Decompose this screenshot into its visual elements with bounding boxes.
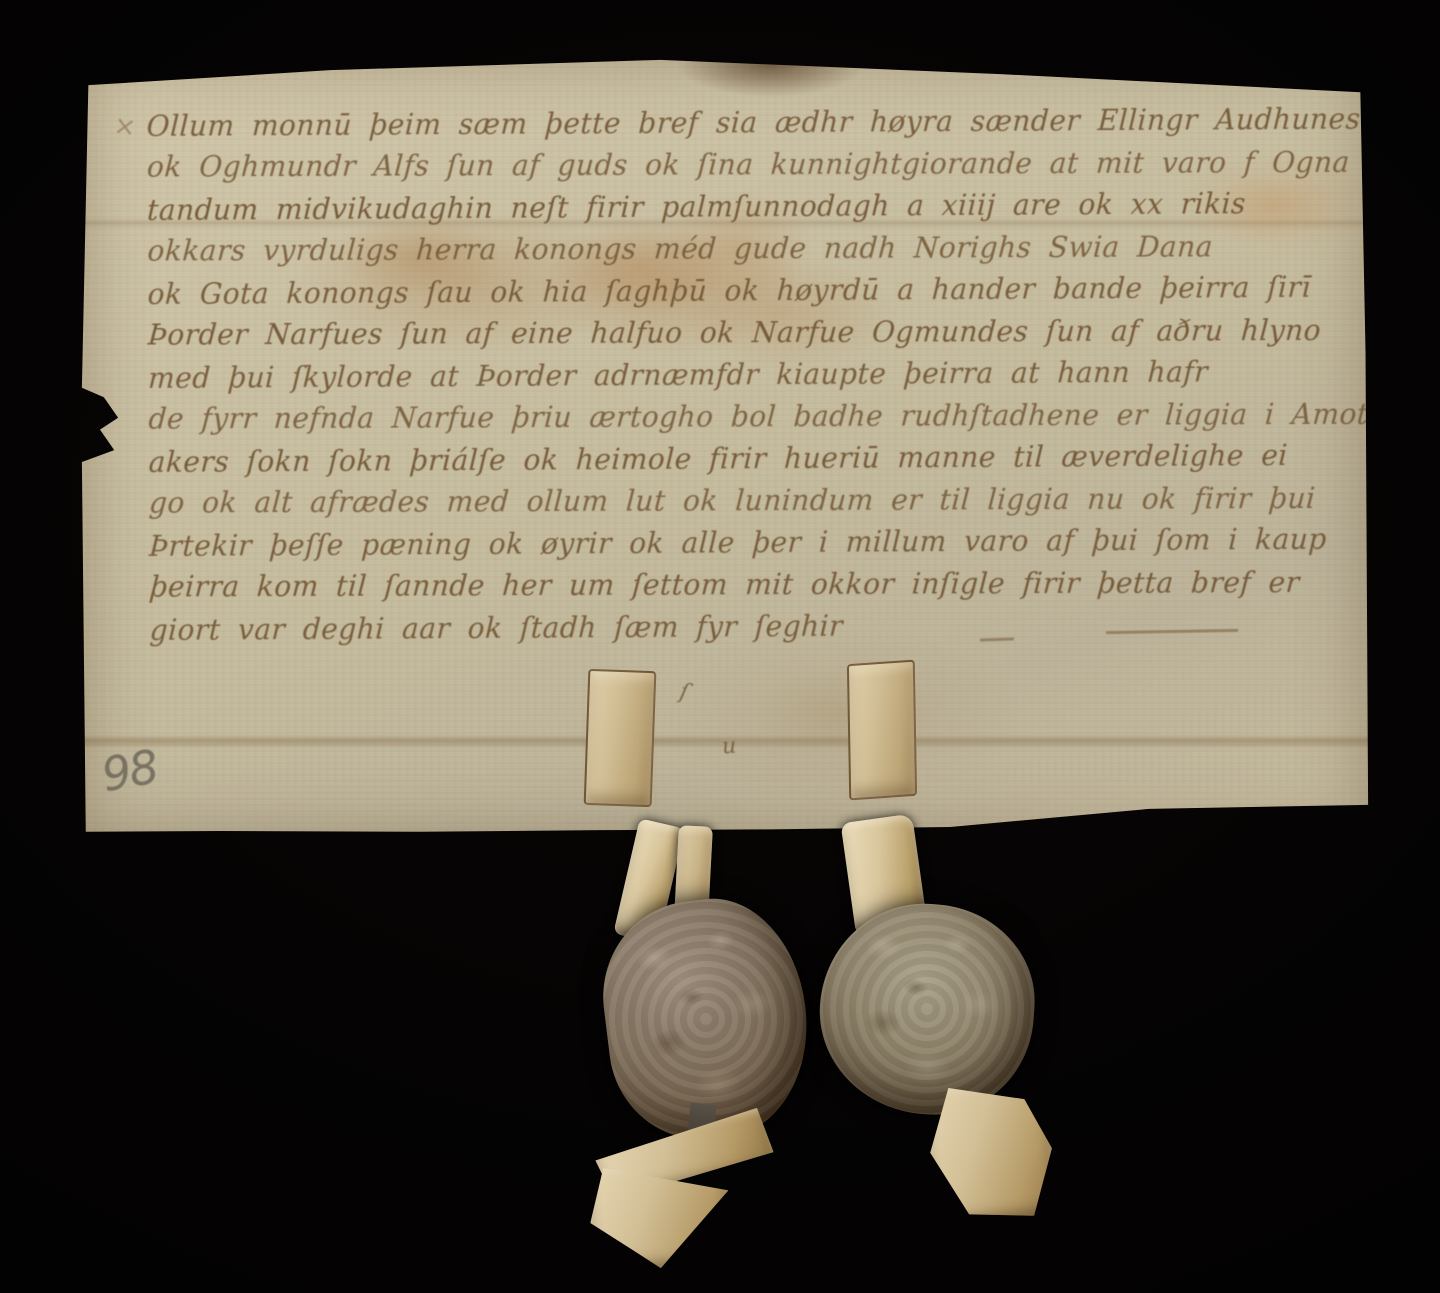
archive-number-pencil: 98 (98, 740, 161, 803)
charter-photo: × Ollum monnū þeim sæm þette bref sia æd… (0, 0, 1440, 1293)
manuscript-text-block: Ollum monnū þeim sæm þette bref sia ædhr… (146, 102, 1379, 656)
seal-texture (813, 897, 1041, 1121)
seal-tag-slit-right (847, 660, 917, 801)
parchment: × Ollum monnū þeim sæm þette bref sia æd… (78, 52, 1372, 842)
wax-seal-right (813, 897, 1041, 1121)
marginal-cross-mark: × (112, 111, 138, 144)
plica-ink-mark: u (721, 734, 737, 760)
plica-ink-mark: ſ (677, 679, 690, 705)
seal-tag-slit-left (584, 669, 657, 807)
stain (718, 652, 968, 772)
